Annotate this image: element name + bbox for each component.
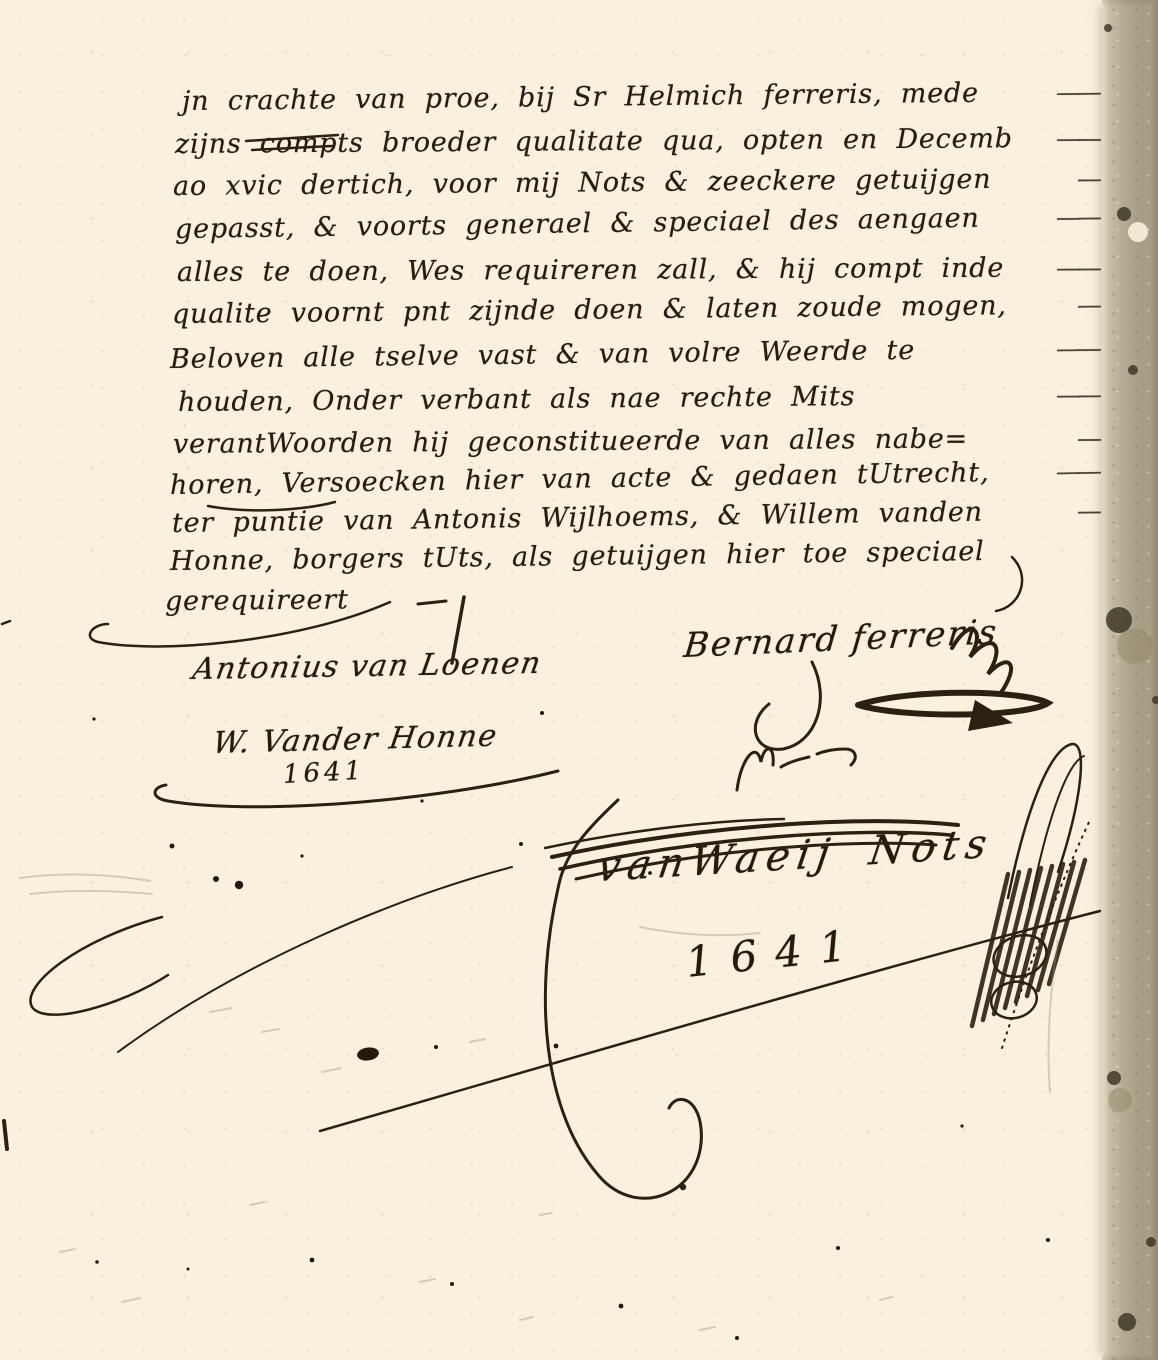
line-text: verantWoorden hij geconstitueerde van al… bbox=[173, 425, 968, 458]
line-end-dash: — bbox=[1077, 426, 1098, 451]
line-end-dash: — bbox=[1077, 166, 1098, 191]
manuscript-line: gerequireert bbox=[165, 585, 465, 615]
manuscript-page: jn crachte van proe, bij Sr Helmich ferr… bbox=[0, 0, 1158, 1360]
manuscript-line: verantWoorden hij geconstitueerde van al… bbox=[173, 425, 1098, 458]
manuscript-line: ao xvic dertich, voor mij Nots & zeecker… bbox=[173, 165, 1098, 200]
manuscript-line: Honne, borgers tUts, als getuijgen hier … bbox=[170, 537, 1098, 575]
line-text: Honne, borgers tUts, als getuijgen hier … bbox=[170, 538, 985, 575]
line-end-dash: — bbox=[1077, 292, 1098, 317]
line-text: gepasst, & voorts generael & speciael de… bbox=[175, 205, 980, 243]
line-text: gerequireert bbox=[165, 586, 349, 615]
line-text: ter puntie van Antonis Wijlhoems, & Will… bbox=[172, 499, 983, 537]
signature-witness-2: W. Vander Honne bbox=[210, 718, 500, 761]
line-text: zijns compts broeder qualitate qua, opte… bbox=[175, 125, 1013, 158]
line-end-dash: —— bbox=[1056, 382, 1098, 407]
signature-principal: Bernard ferreris bbox=[682, 612, 1000, 666]
bleedthrough-ghost-marks bbox=[20, 874, 1058, 1330]
manuscript-line: gepasst, & voorts generael & speciael de… bbox=[175, 203, 1098, 243]
signature-witness-1: Antonius van Loenen bbox=[190, 646, 544, 687]
manuscript-line: horen, Versoecken hier van acte & gedaen… bbox=[170, 457, 1098, 499]
manuscript-line: houden, Onder verbant als nae rechte Mit… bbox=[178, 381, 1098, 416]
line-end-dash: —— bbox=[1056, 336, 1098, 362]
line-end-dash: —— bbox=[1056, 458, 1098, 484]
ink-specks bbox=[92, 711, 1050, 1340]
signature-notary: vanWaeij Nots bbox=[595, 821, 997, 892]
line-end-dash: —— bbox=[1056, 204, 1098, 230]
line-text: Beloven alle tselve vast & van volre Wee… bbox=[170, 337, 915, 373]
line-text: qualite voornt pnt zijnde doen & laten z… bbox=[172, 292, 1007, 328]
manuscript-line: zijns compts broeder qualitate qua, opte… bbox=[175, 125, 1098, 158]
line-end-dash: —— bbox=[1056, 255, 1098, 280]
line-end-dash: — bbox=[1077, 498, 1098, 523]
binding-strip bbox=[1102, 0, 1158, 1360]
manuscript-line: ter puntie van Antonis Wijlhoems, & Will… bbox=[172, 497, 1098, 537]
line-text: jn crachte van proe, bij Sr Helmich ferr… bbox=[182, 80, 979, 115]
manuscript-line: jn crachte van proe, bij Sr Helmich ferr… bbox=[182, 78, 1098, 115]
manuscript-line: alles te doen, Wes requireren zall, & hi… bbox=[177, 254, 1098, 286]
manuscript-line: Beloven alle tselve vast & van volre Wee… bbox=[170, 335, 1098, 373]
manuscript-line: qualite voornt pnt zijnde doen & laten z… bbox=[172, 291, 1098, 328]
line-text: alles te doen, Wes requireren zall, & hi… bbox=[177, 255, 1004, 286]
line-end-dash: —— bbox=[1056, 126, 1098, 151]
signature-notary-year: 1641 bbox=[683, 919, 866, 986]
line-text: houden, Onder verbant als nae rechte Mit… bbox=[178, 383, 855, 416]
line-end-dash: —— bbox=[1056, 79, 1098, 104]
line-text: horen, Versoecken hier van acte & gedaen… bbox=[170, 459, 990, 499]
line-text: ao xvic dertich, voor mij Nots & zeecker… bbox=[173, 166, 992, 200]
signature-witness-year: 1641 bbox=[282, 756, 366, 790]
